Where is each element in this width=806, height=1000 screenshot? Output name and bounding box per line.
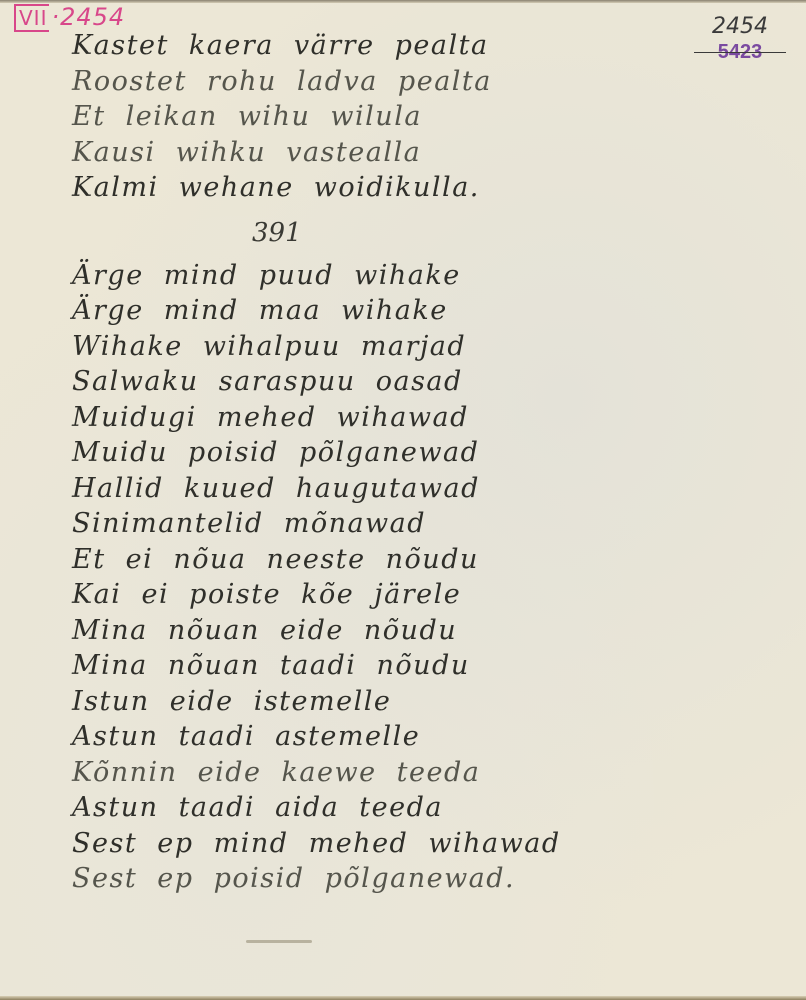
verse-line: Kai ei poiste kõe järele xyxy=(72,577,561,613)
verse-line: Ärge mind maa wihake xyxy=(72,293,561,329)
reference-number-struck: 5423 xyxy=(700,40,780,64)
verse-line: Sest ep mind mehed wihawad xyxy=(72,826,561,862)
verse-line: Astun taadi aida teeda xyxy=(72,790,561,826)
verse-line: Mina nõuan eide nõudu xyxy=(72,613,561,649)
verse-line: Sest ep poisid põlganewad. xyxy=(72,861,561,897)
verse-line: Et ei nõua neeste nõudu xyxy=(72,542,561,578)
archive-roman-numeral: VII xyxy=(14,4,49,32)
verse-line: Istun eide istemelle xyxy=(72,684,561,720)
verse-line: Salwaku saraspuu oasad xyxy=(72,364,561,400)
verse-line: Kastet kaera värre pealta xyxy=(72,28,561,64)
end-rule-divider xyxy=(246,940,312,943)
poem-number: 391 xyxy=(252,218,302,248)
verse-line: Kalmi wehane woidikulla. xyxy=(72,170,561,206)
poem-text: Kastet kaera värre pealta Roostet rohu l… xyxy=(72,28,561,897)
verse-line: Et leikan wihu wilula xyxy=(72,99,561,135)
verse-line: Hallid kuued haugutawad xyxy=(72,471,561,507)
verse-line: Roostet rohu ladva pealta xyxy=(72,64,561,100)
verse-line: Muidu poisid põlganewad xyxy=(72,435,561,471)
archive-number: 2454 xyxy=(60,3,125,31)
verse-line: Sinimantelid mõnawad xyxy=(72,506,561,542)
stanza-a: Kastet kaera värre pealta Roostet rohu l… xyxy=(72,28,561,206)
stanza-b: Ärge mind puud wihake Ärge mind maa wiha… xyxy=(72,258,561,897)
verse-line: Ärge mind puud wihake xyxy=(72,258,561,294)
verse-line: Kõnnin eide kaewe teeda xyxy=(72,755,561,791)
stanza-separator: 391 xyxy=(72,206,561,258)
page-bottom-edge xyxy=(0,996,806,1000)
verse-line: Astun taadi astemelle xyxy=(72,719,561,755)
verse-line: Wihake wihalpuu marjad xyxy=(72,329,561,365)
verse-line: Mina nõuan taadi nõudu xyxy=(72,648,561,684)
manuscript-page: VII·2454 2454 5423 Kastet kaera värre pe… xyxy=(0,0,806,1000)
reference-number-current: 2454 xyxy=(700,14,780,40)
verse-line: Kausi wihku vastealla xyxy=(72,135,561,171)
reference-numbers: 2454 5423 xyxy=(700,14,780,64)
verse-line: Muidugi mehed wihawad xyxy=(72,400,561,436)
